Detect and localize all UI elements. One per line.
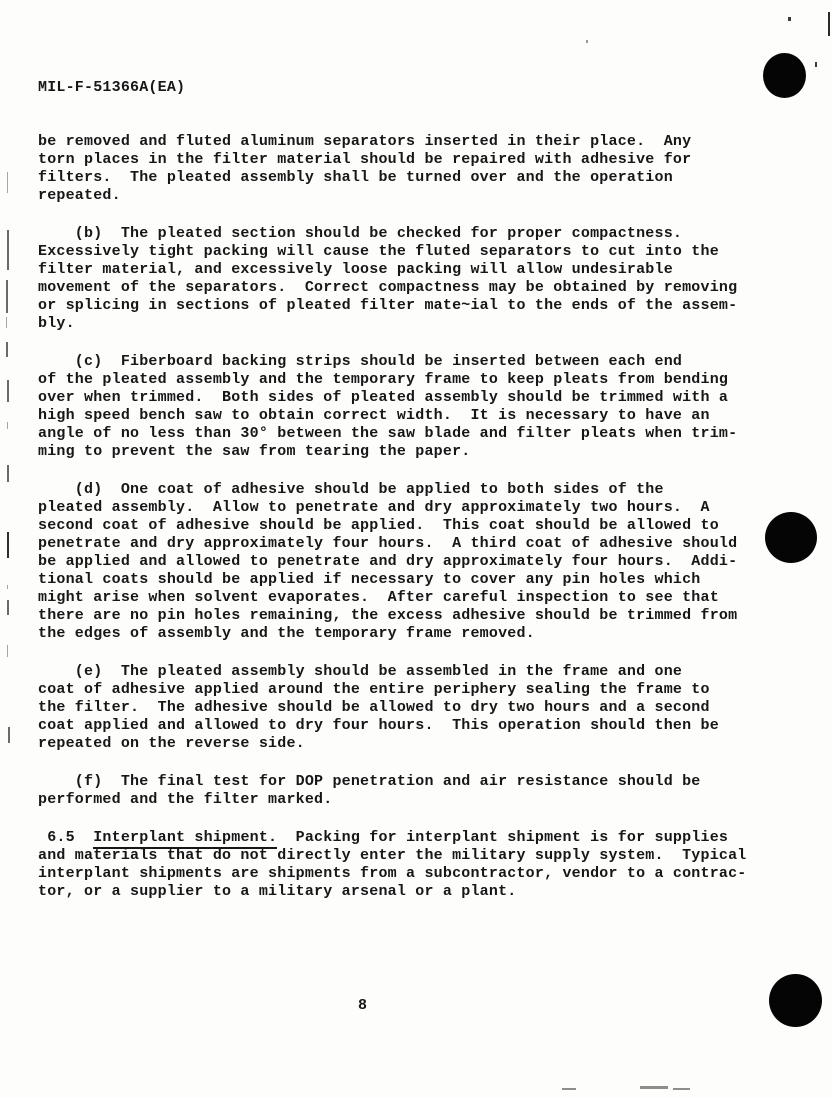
body-paragraph-c: (c) Fiberboard backing strips should be … [38, 353, 778, 461]
body-paragraph-d: (d) One coat of adhesive should be appli… [38, 481, 778, 643]
scan-artifact-dash [673, 1088, 690, 1090]
scan-artifact-line [7, 600, 9, 615]
punch-hole-dot-top [763, 53, 806, 98]
document-id-header: MIL-F-51366A(EA) [38, 79, 185, 96]
scan-artifact-dash [562, 1088, 576, 1090]
scan-artifact-speck [586, 40, 588, 43]
section-6-5-heading-line: 6.5 Interplant shipment. Packing for int… [38, 829, 778, 847]
body-paragraph-e: (e) The pleated assembly should be assem… [38, 663, 778, 753]
document-body: be removed and fluted aluminum separator… [38, 133, 778, 901]
section-6-5-body: and materials that do not directly enter… [38, 847, 778, 901]
scan-artifact-line [7, 380, 9, 402]
scan-artifact-line [7, 532, 9, 558]
scan-artifact-speck [815, 62, 817, 67]
section-number: 6.5 [38, 829, 93, 846]
scan-artifact-line [6, 280, 8, 313]
punch-hole-dot-bottom [769, 974, 822, 1027]
scan-artifact-line [8, 727, 10, 743]
body-paragraph-b: (b) The pleated section should be checke… [38, 225, 778, 333]
scan-artifact-line [6, 342, 8, 357]
scan-artifact-speck [788, 17, 791, 21]
scan-artifact-edge-line [828, 12, 830, 36]
scan-artifact-line [7, 585, 8, 589]
page-number: 8 [358, 997, 367, 1014]
body-paragraph-intro: be removed and fluted aluminum separator… [38, 133, 778, 205]
scan-artifact-line [7, 422, 8, 429]
section-heading-rest: Packing for interplant shipment is for s… [277, 829, 728, 846]
scan-artifact-dash [640, 1086, 668, 1089]
scan-artifact-line [7, 465, 9, 482]
scan-artifact-line [7, 230, 9, 270]
punch-hole-dot-middle [765, 512, 817, 563]
scan-artifact-line [6, 317, 7, 328]
scanned-document-page: MIL-F-51366A(EA) be removed and fluted a… [0, 0, 832, 1098]
scan-artifact-line [7, 172, 8, 193]
section-title: Interplant shipment. [93, 829, 277, 849]
body-paragraph-f: (f) The final test for DOP penetration a… [38, 773, 778, 809]
scan-artifact-line [7, 645, 8, 657]
